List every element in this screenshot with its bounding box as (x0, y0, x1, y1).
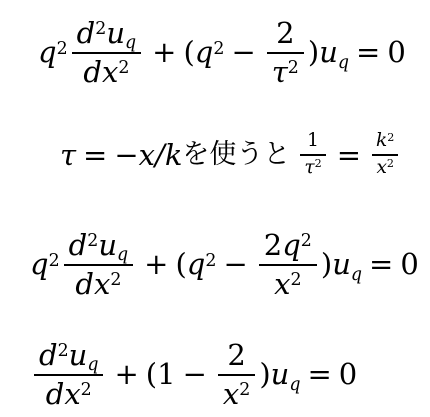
eq3-frac2-x: x (274, 267, 290, 301)
eq4-close-paren-u-term: )uq (259, 358, 300, 391)
eq4-open-paren: ( (146, 357, 157, 391)
eq2-frac2-k-exponent: 2 (387, 131, 394, 144)
eq1-u-subscript: q (338, 53, 349, 73)
eq3-frac1-u: u (98, 228, 117, 262)
eq1-frac1-d: d (77, 16, 96, 50)
eq4-plus-sign: + (114, 358, 138, 391)
eq2-var-k: k (165, 138, 183, 172)
eq3-frac1-denominator: dx2 (70, 266, 126, 301)
eq4-zero: 0 (339, 358, 357, 391)
eq4-frac1-den-d: d (46, 377, 65, 411)
eq4-frac1-denominator: dx2 (41, 376, 97, 411)
equation-3: q2 d2uq dx2 + (q2 − 2q2 x2 )uq = 0 (30, 220, 419, 304)
eq1-frac1-den-exponent: 2 (118, 58, 129, 78)
eq1-var-q: q (38, 35, 57, 69)
eq3-frac2-two: 2 (264, 228, 282, 262)
eq3-frac1-d: d (69, 228, 88, 262)
eq3-frac2-numerator: 2q2 (259, 224, 317, 264)
eq2-frac1-numerator: 1 (303, 127, 323, 154)
eq1-derivative-fraction: d2uq dx2 (72, 12, 141, 89)
eq1-frac1-denominator: dx2 (78, 54, 134, 89)
eq4-derivative-fraction: d2uq dx2 (34, 334, 103, 411)
eq4-frac1-den-x: x (64, 377, 80, 411)
eq4-frac1-numerator: d2uq (34, 334, 103, 374)
eq1-frac1-numerator: d2uq (72, 12, 141, 52)
eq1-minus-sign: − (231, 36, 255, 69)
eq2-minus-sign: − (114, 138, 138, 172)
eq3-frac2-q: q (282, 228, 301, 262)
eq3-x-fraction: 2q2 x2 (259, 224, 317, 301)
eq2-frac2-denominator: x2 (372, 156, 398, 179)
eq1-close-paren: ) (308, 35, 319, 69)
eq3-var-q2: q (187, 247, 206, 281)
eq1-q-squared-term: q2 (38, 36, 68, 69)
eq3-frac1-den-exponent: 2 (110, 270, 121, 290)
eq4-frac1-u: u (69, 338, 88, 372)
eq2-var-tau: τ (60, 139, 76, 172)
eq2-frac2-numerator: k2 (372, 127, 398, 154)
eq3-frac1-den-d: d (75, 267, 94, 301)
eq1-plus-sign: + (152, 36, 176, 69)
eq1-frac1-den-x: x (102, 55, 118, 89)
eq1-paren-q-squared: (q2 (183, 36, 224, 69)
eq3-frac2-denominator: x2 (269, 266, 306, 301)
eq1-equals-sign: = (356, 36, 380, 69)
eq4-frac1-u-subscript: q (87, 355, 98, 375)
eq4-u-subscript: q (289, 375, 300, 395)
eq4-frac1-den-exponent: 2 (81, 380, 92, 400)
eq2-japanese-text: を使うと (182, 139, 290, 170)
eq1-q2-exponent: 2 (213, 39, 224, 59)
eq4-frac2-denominator: x2 (218, 376, 255, 411)
eq4-frac2-x: x (223, 377, 239, 411)
eq2-frac2-k: k (376, 130, 387, 151)
eq3-derivative-fraction: d2uq dx2 (64, 224, 133, 301)
eq3-close-paren-u-term: )uq (321, 248, 362, 281)
eq2-minus-x-over-k: −x/k (114, 139, 182, 172)
eq3-q-squared-term: q2 (30, 248, 60, 281)
eq2-var-x: x (139, 138, 155, 172)
eq1-frac2-tau: τ (272, 55, 288, 89)
eq1-frac1-den-d: d (83, 55, 102, 89)
eq1-frac1-d-exponent: 2 (95, 19, 106, 39)
eq1-open-paren: ( (183, 35, 194, 69)
equation-4: d2uq dx2 + (1 − 2 x2 )uq = 0 (30, 330, 357, 414)
eq4-x-fraction: 2 x2 (218, 334, 255, 411)
eq3-frac1-u-subscript: q (117, 245, 128, 265)
eq3-var-q: q (30, 247, 49, 281)
eq4-frac2-x-exponent: 2 (239, 380, 250, 400)
eq1-q-exponent: 2 (57, 39, 68, 59)
eq4-paren-one: (1 (146, 358, 176, 391)
eq1-tau-fraction: 2 τ2 (267, 12, 304, 89)
eq3-close-paren: ) (321, 247, 332, 281)
eq3-u-subscript: q (351, 265, 362, 285)
eq1-frac1-u: u (106, 16, 125, 50)
eq1-frac2-tau-exponent: 2 (288, 58, 299, 78)
eq3-open-paren: ( (175, 247, 186, 281)
eq3-equals-sign: = (369, 248, 393, 281)
eq3-frac2-q-exponent: 2 (301, 231, 312, 251)
eq3-minus-sign: − (223, 248, 247, 281)
eq2-equals-sign: = (83, 139, 107, 172)
eq2-slash: / (155, 138, 165, 172)
eq3-frac1-den-x: x (94, 267, 110, 301)
eq1-frac2-numerator: 2 (271, 12, 299, 52)
eq4-var-u: u (271, 357, 290, 391)
eq3-frac1-numerator: d2uq (64, 224, 133, 264)
eq2-frac2-x-exponent: 2 (387, 157, 394, 170)
eq3-frac1-d-exponent: 2 (87, 231, 98, 251)
eq2-k-fraction: k2 x2 (372, 127, 398, 178)
eq3-frac2-x-exponent: 2 (290, 270, 301, 290)
eq3-q2-exponent: 2 (205, 251, 216, 271)
eq1-var-u: u (319, 35, 338, 69)
equation-1: q2 d2uq dx2 + (q2 − 2 τ2 )uq = 0 (38, 8, 406, 92)
eq4-equals-sign: = (307, 358, 331, 391)
eq3-paren-q-squared: (q2 (175, 248, 216, 281)
equation-2: τ = −x/k を使うと 1 τ2 = k2 x2 (60, 120, 402, 186)
eq2-tau-fraction: 1 τ2 (300, 127, 325, 178)
eq4-minus-sign: − (183, 358, 207, 391)
eq1-close-paren-u-term: )uq (308, 36, 349, 69)
eq1-zero: 0 (387, 36, 405, 69)
eq2-frac2-x: x (376, 157, 386, 178)
eq3-zero: 0 (400, 248, 418, 281)
eq4-frac2-numerator: 2 (222, 334, 250, 374)
eq3-plus-sign: + (144, 248, 168, 281)
equation-page: q2 d2uq dx2 + (q2 − 2 τ2 )uq = 0 τ = −x/… (0, 0, 430, 417)
eq2-frac1-tau-exponent: 2 (315, 157, 322, 170)
eq3-var-u: u (332, 247, 351, 281)
eq2-equals-sign-2: = (337, 139, 361, 172)
eq2-frac1-tau: τ (304, 157, 314, 178)
eq4-close-paren: ) (259, 357, 270, 391)
eq3-q-exponent: 2 (49, 251, 60, 271)
eq1-frac1-u-subscript: q (125, 33, 136, 53)
eq4-frac1-d: d (39, 338, 58, 372)
eq4-one: 1 (157, 357, 175, 391)
eq2-frac1-denominator: τ2 (300, 156, 325, 179)
eq1-var-q2: q (195, 35, 214, 69)
eq4-frac1-d-exponent: 2 (58, 341, 69, 361)
eq1-frac2-denominator: τ2 (267, 54, 304, 89)
